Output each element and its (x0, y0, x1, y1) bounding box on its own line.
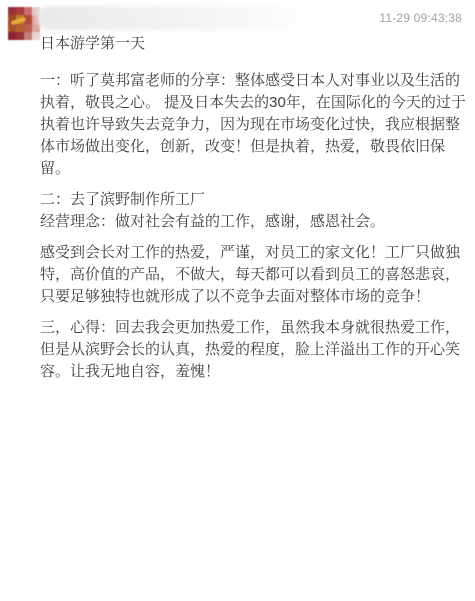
social-post: 11-29 09:43:38 日本游学第一天 一：听了莫邦富老师的分享：整体感受… (0, 0, 475, 601)
post-content: 日本游学第一天 一：听了莫邦富老师的分享：整体感受日本人对事业以及生活的 执着，… (40, 33, 468, 392)
post-timestamp: 11-29 09:43:38 (379, 11, 462, 25)
avatar-pixel (8, 32, 16, 40)
avatar-pixel (8, 7, 16, 15)
post-paragraph: 一：听了莫邦富老师的分享：整体感受日本人对事业以及生活的 执着，敬畏之心。 提及… (40, 70, 468, 180)
username-blurred[interactable] (37, 6, 305, 30)
avatar-pixel (24, 7, 32, 15)
avatar-pixel (24, 32, 32, 40)
post-paragraph: 二：去了滨野制作所工厂 经营理念：做对社会有益的工作，感谢，感恩社会。 (40, 189, 468, 233)
avatar-pixel (16, 24, 24, 32)
post-paragraph: 三，心得：回去我会更加热爱工作，虽然我本身就很热爱工作， 但是从滨野会长的认真，… (40, 317, 468, 383)
avatar-pixel (16, 32, 24, 40)
post-title: 日本游学第一天 (40, 33, 468, 55)
avatar-pixel (16, 7, 24, 15)
avatar-pixel (24, 24, 32, 32)
avatar-pixel (32, 32, 40, 40)
post-paragraph: 感受到会长对工作的热爱，严谨，对员工的家文化！工厂只做独 特，高价值的产品，不做… (40, 242, 468, 308)
user-avatar[interactable] (8, 7, 40, 40)
